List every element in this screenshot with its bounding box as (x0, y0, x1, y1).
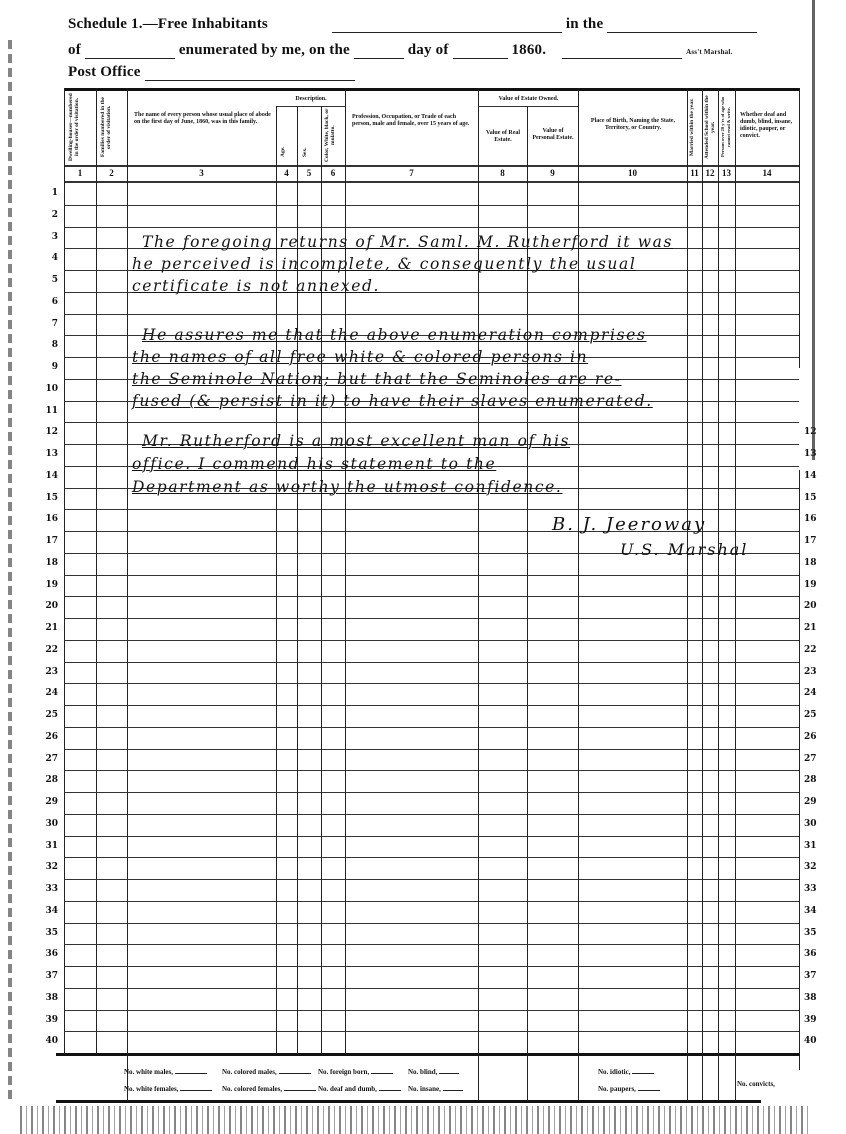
colnum: 7 (345, 168, 478, 178)
row-rule (64, 205, 799, 206)
row-number-left: 18 (36, 558, 58, 568)
month-blank (453, 44, 508, 59)
schedule-title: Schedule 1.—Free Inhabitants in the (68, 16, 757, 33)
colnum: 3 (127, 168, 276, 178)
scan-edge-left (8, 40, 12, 1100)
row-rule (64, 1031, 799, 1032)
note-line: fused (& persist in it) to have their sl… (132, 392, 653, 410)
colnum: 1 (64, 168, 96, 178)
row-number-left: 26 (36, 732, 58, 742)
note-line: Department as worthy the utmost confiden… (132, 478, 562, 496)
note-line: The foregoing returns of Mr. Saml. M. Ru… (142, 233, 673, 251)
row-number-left: 6 (36, 297, 58, 307)
footer-paupers: No. paupers, (598, 1085, 660, 1093)
scan-edge-right (812, 0, 815, 460)
col13-header: Persons over 20 y'rs of age who cannot r… (720, 92, 733, 162)
row-rule (64, 727, 799, 728)
row-number-right: 20 (804, 601, 826, 611)
row-number-left: 28 (36, 775, 58, 785)
row-number-left: 38 (36, 993, 58, 1003)
row-number-right: 15 (804, 493, 826, 503)
row-number-left: 35 (36, 928, 58, 938)
row-number-left: 14 (36, 471, 58, 481)
col4-header: Age. (280, 140, 294, 164)
of-label: of (68, 42, 81, 58)
row-rule (64, 770, 799, 771)
row-rule (64, 227, 799, 228)
row-number-right: 34 (804, 906, 826, 916)
footer-colored-males: No. colored males, (222, 1068, 311, 1076)
row-rule (64, 596, 799, 597)
col-line (687, 88, 688, 1101)
footer-idiotic: No. idiotic, (598, 1068, 654, 1076)
row-number-right: 26 (804, 732, 826, 742)
row-number-left: 8 (36, 340, 58, 350)
footer-colored-females: No. colored females, (222, 1085, 316, 1093)
row-rule (64, 901, 799, 902)
col-line (799, 88, 800, 368)
row-number-left: 2 (36, 210, 58, 220)
row-number-left: 15 (36, 493, 58, 503)
row-number-right: 13 (804, 449, 826, 459)
signature: B. J. Jeeroway (552, 514, 706, 535)
col12-header: Attended School within the year. (704, 92, 716, 162)
row-number-left: 10 (36, 384, 58, 394)
row-number-left: 37 (36, 971, 58, 981)
col1-header: Dwelling-houses—numbered in the order of… (68, 92, 92, 162)
note-line: He assures me that the above enumeration… (142, 326, 646, 344)
enumeration-line: of enumerated by me, on the day of 1860.… (68, 42, 732, 59)
colnum: 14 (735, 168, 799, 178)
row-rule (64, 879, 799, 880)
table-bottom-rule (56, 1053, 800, 1056)
col11-header: Married within the year. (689, 92, 701, 162)
row-rule (64, 683, 799, 684)
row-number-left: 29 (36, 797, 58, 807)
row-rule (64, 857, 799, 858)
col6-header: Color, White, black, or mulatto. (324, 108, 342, 163)
footer-bottom-rule (56, 1100, 761, 1103)
note-line: he perceived is incomplete, & consequent… (132, 255, 636, 273)
row-number-right: 12 (804, 427, 826, 437)
row-number-right: 32 (804, 862, 826, 872)
row-number-right: 18 (804, 558, 826, 568)
row-number-right: 30 (804, 819, 826, 829)
row-number-right: 31 (804, 841, 826, 851)
row-number-left: 39 (36, 1015, 58, 1025)
row-number-left: 21 (36, 623, 58, 633)
note-line: the Seminole Nation; but that the Semino… (132, 370, 622, 388)
col-line (96, 88, 97, 1054)
col3-header: The name of every person whose usual pla… (134, 112, 272, 126)
row-rule (64, 1010, 799, 1011)
row-number-right: 28 (804, 775, 826, 785)
col-line (64, 88, 65, 1054)
post-office-line: Post Office (68, 64, 355, 81)
col5-header: Sex. (302, 140, 316, 164)
marshal-blank (562, 44, 682, 59)
colnum: 4 (276, 168, 297, 178)
row-rule (64, 988, 799, 989)
col-line (735, 88, 736, 1101)
row-number-left: 17 (36, 536, 58, 546)
schedule-title-text: Schedule 1.—Free Inhabitants (68, 16, 268, 32)
footer-convicts: No. convicts, (737, 1080, 775, 1088)
col-line (718, 88, 719, 1101)
estate-group-header: Value of Estate Owned. (479, 96, 578, 103)
row-number-right: 22 (804, 645, 826, 655)
col-line (127, 88, 128, 1101)
row-rule (64, 792, 799, 793)
row-number-left: 36 (36, 949, 58, 959)
row-number-right: 25 (804, 710, 826, 720)
row-rule (64, 618, 799, 619)
scan-edge-bottom (20, 1106, 810, 1134)
row-number-left: 1 (36, 188, 58, 198)
row-rule (64, 575, 799, 576)
colnum: 10 (578, 168, 687, 178)
row-number-left: 11 (36, 406, 58, 416)
footer-foreign-born: No. foreign born, (318, 1068, 393, 1076)
row-rule (64, 640, 799, 641)
row-number-right: 33 (804, 884, 826, 894)
post-office-label: Post Office (68, 64, 141, 80)
row-number-left: 33 (36, 884, 58, 894)
row-number-right: 39 (804, 1015, 826, 1025)
row-number-left: 5 (36, 275, 58, 285)
day-label: day of (408, 42, 449, 58)
colnum: 9 (527, 168, 578, 178)
day-blank (354, 44, 404, 59)
footer-white-females: No. white females, (124, 1085, 212, 1093)
colnum: 13 (718, 168, 735, 178)
col7-header: Profession, Occupation, or Trade of each… (352, 114, 474, 128)
row-number-left: 20 (36, 601, 58, 611)
row-number-right: 23 (804, 667, 826, 677)
col8-header: Value of Real Estate. (482, 130, 524, 144)
footer-white-males: No. white males, (124, 1068, 207, 1076)
row-number-right: 27 (804, 754, 826, 764)
row-number-right: 21 (804, 623, 826, 633)
colnum: 12 (702, 168, 718, 178)
table-top-rule (64, 88, 800, 91)
row-rule (64, 814, 799, 815)
year-label: 1860. (511, 42, 546, 58)
district-blank (85, 44, 175, 59)
footer-blind: No. blind, (408, 1068, 459, 1076)
row-rule (64, 509, 799, 510)
note-line: office. I commend his statement to the (132, 455, 496, 473)
row-number-left: 31 (36, 841, 58, 851)
row-number-left: 13 (36, 449, 58, 459)
col10-header: Place of Birth, Naming the State, Territ… (584, 118, 682, 132)
row-rule (64, 749, 799, 750)
row-rule (64, 966, 799, 967)
row-number-right: 37 (804, 971, 826, 981)
row-number-right: 24 (804, 688, 826, 698)
row-number-left: 3 (36, 232, 58, 242)
row-rule (64, 662, 799, 663)
row-number-left: 25 (36, 710, 58, 720)
col-line (702, 88, 703, 1101)
state-blank (607, 18, 757, 33)
row-number-right: 40 (804, 1036, 826, 1046)
col2-header: Families numbered in the order of visita… (100, 92, 124, 162)
colnum: 2 (96, 168, 127, 178)
row-number-left: 9 (36, 362, 58, 372)
row-number-right: 38 (804, 993, 826, 1003)
note-line: certificate is not annexed. (132, 277, 380, 295)
note-line: the names of all free white & colored pe… (132, 348, 588, 366)
row-rule (64, 705, 799, 706)
row-number-right: 16 (804, 514, 826, 524)
row-number-right: 35 (804, 928, 826, 938)
row-number-left: 32 (36, 862, 58, 872)
row-number-right: 17 (804, 536, 826, 546)
row-number-left: 7 (36, 319, 58, 329)
row-number-left: 12 (36, 427, 58, 437)
col14-header: Whether deaf and dumb, blind, insane, id… (740, 112, 798, 140)
row-number-right: 29 (804, 797, 826, 807)
header-bottom-rule (64, 165, 800, 167)
row-rule (64, 422, 799, 423)
colnum: 8 (478, 168, 527, 178)
col-line (799, 470, 800, 1070)
row-rule (64, 836, 799, 837)
county-blank (332, 18, 562, 33)
row-number-right: 19 (804, 580, 826, 590)
colnum: 11 (687, 168, 702, 178)
row-rule (64, 314, 799, 315)
row-number-left: 34 (36, 906, 58, 916)
row-number-left: 16 (36, 514, 58, 524)
enumerated-label: enumerated by me, on the (179, 42, 350, 58)
colnum-bottom-rule (64, 181, 800, 183)
post-office-blank (145, 66, 355, 81)
row-rule (64, 923, 799, 924)
row-number-left: 22 (36, 645, 58, 655)
row-number-left: 4 (36, 253, 58, 263)
row-number-left: 30 (36, 819, 58, 829)
footer-insane: No. insane, (408, 1085, 463, 1093)
colnum: 5 (297, 168, 321, 178)
marshal-label: Ass't Marshal. (686, 48, 732, 56)
description-group-header: Description. (277, 96, 345, 103)
row-number-left: 40 (36, 1036, 58, 1046)
row-number-left: 27 (36, 754, 58, 764)
row-number-left: 24 (36, 688, 58, 698)
footer-deaf-dumb: No. deaf and dumb, (318, 1085, 401, 1093)
note-line: Mr. Rutherford is a most excellent man o… (142, 432, 570, 450)
signature-title: U.S. Marshal (620, 540, 748, 559)
col9-header: Value of Personal Estate. (531, 128, 575, 142)
in-the-label: in the (566, 16, 603, 32)
row-number-left: 23 (36, 667, 58, 677)
row-number-left: 19 (36, 580, 58, 590)
row-number-right: 36 (804, 949, 826, 959)
row-number-right: 14 (804, 471, 826, 481)
colnum: 6 (321, 168, 345, 178)
row-rule (64, 944, 799, 945)
